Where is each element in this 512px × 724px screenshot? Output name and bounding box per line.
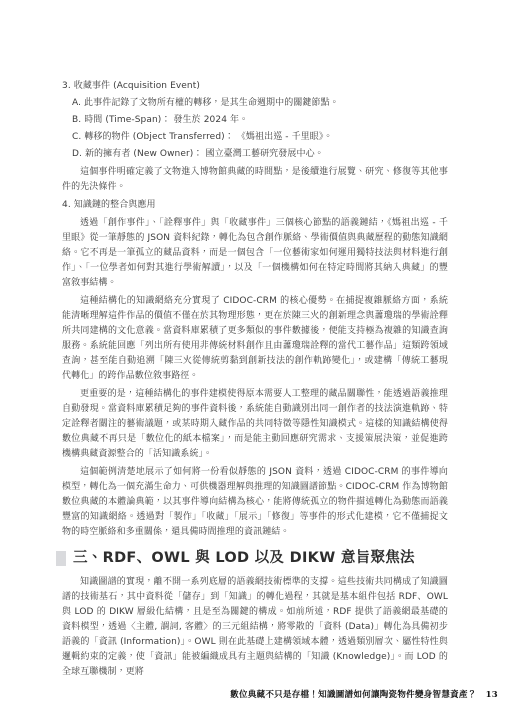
page-number: 13 <box>486 690 498 700</box>
document-page: 3. 收藏事件 (Acquisition Event) A. 此事件記錄了文物所… <box>0 0 512 724</box>
paragraph-kg-tech: 知識圖譜的實現，離不開一系列底層的語義網技術標準的支撐。這些技術共同構成了知識圖… <box>62 575 448 680</box>
list-subitem-a: A. 此事件記錄了文物所有權的轉移，是其生命週期中的關鍵節點。 <box>72 96 448 111</box>
paragraph-cidoc-advantage: 這種結構化的知識網絡充分實現了 CIDOC-CRM 的核心優勢。在捕捉複雜脈絡方… <box>62 294 448 384</box>
section-heading: 三、RDF、OWL 與 LOD 以及 DIKW 意旨聚焦法 <box>56 549 448 567</box>
list-subitem-b: B. 時間 (Time-Span)： 發生於 2024 年。 <box>72 113 448 128</box>
list-subitem-d: D. 新的擁有者 (New Owner)： 國立臺灣工藝研究發展中心。 <box>72 147 448 162</box>
running-title: 數位典藏不只是存檔！知識圖譜如何讓陶瓷物件變身智慧資產？ <box>230 690 476 700</box>
section-heading-text: 三、RDF、OWL 與 LOD 以及 DIKW 意旨聚焦法 <box>73 549 415 567</box>
page-footer: 數位典藏不只是存檔！知識圖譜如何讓陶瓷物件變身智慧資產？13 <box>230 689 498 701</box>
list-subitem-c: C. 轉移的物件 (Object Transferred)： 《媽祖出巡 - 千… <box>72 130 448 145</box>
list-item-4-title: 4. 知識鏈的整合與應用 <box>62 198 448 213</box>
page-body: 3. 收藏事件 (Acquisition Event) A. 此事件記錄了文物所… <box>62 79 448 680</box>
paragraph-preconditions: 這個事件明確定義了文物進入博物館典藏的時間點，是後續進行展覽、研究、修復等其他事… <box>62 165 448 195</box>
paragraph-example-summary: 這個範例清楚地展示了如何將一份看似靜態的 JSON 資料，透過 CIDOC-CR… <box>62 465 448 540</box>
list-item-3-title: 3. 收藏事件 (Acquisition Event) <box>62 79 448 94</box>
heading-marker <box>56 551 66 566</box>
paragraph-event-modeling: 更重要的是，這種結構化的事件建模使得原本需要人工整理的藏品關聯性，能透過語義推理… <box>62 387 448 462</box>
paragraph-semantic-link: 透過「創作事件」、「詮釋事件」與「收藏事件」三個核心節點的語義鏈結，《媽祖出巡 … <box>62 216 448 291</box>
